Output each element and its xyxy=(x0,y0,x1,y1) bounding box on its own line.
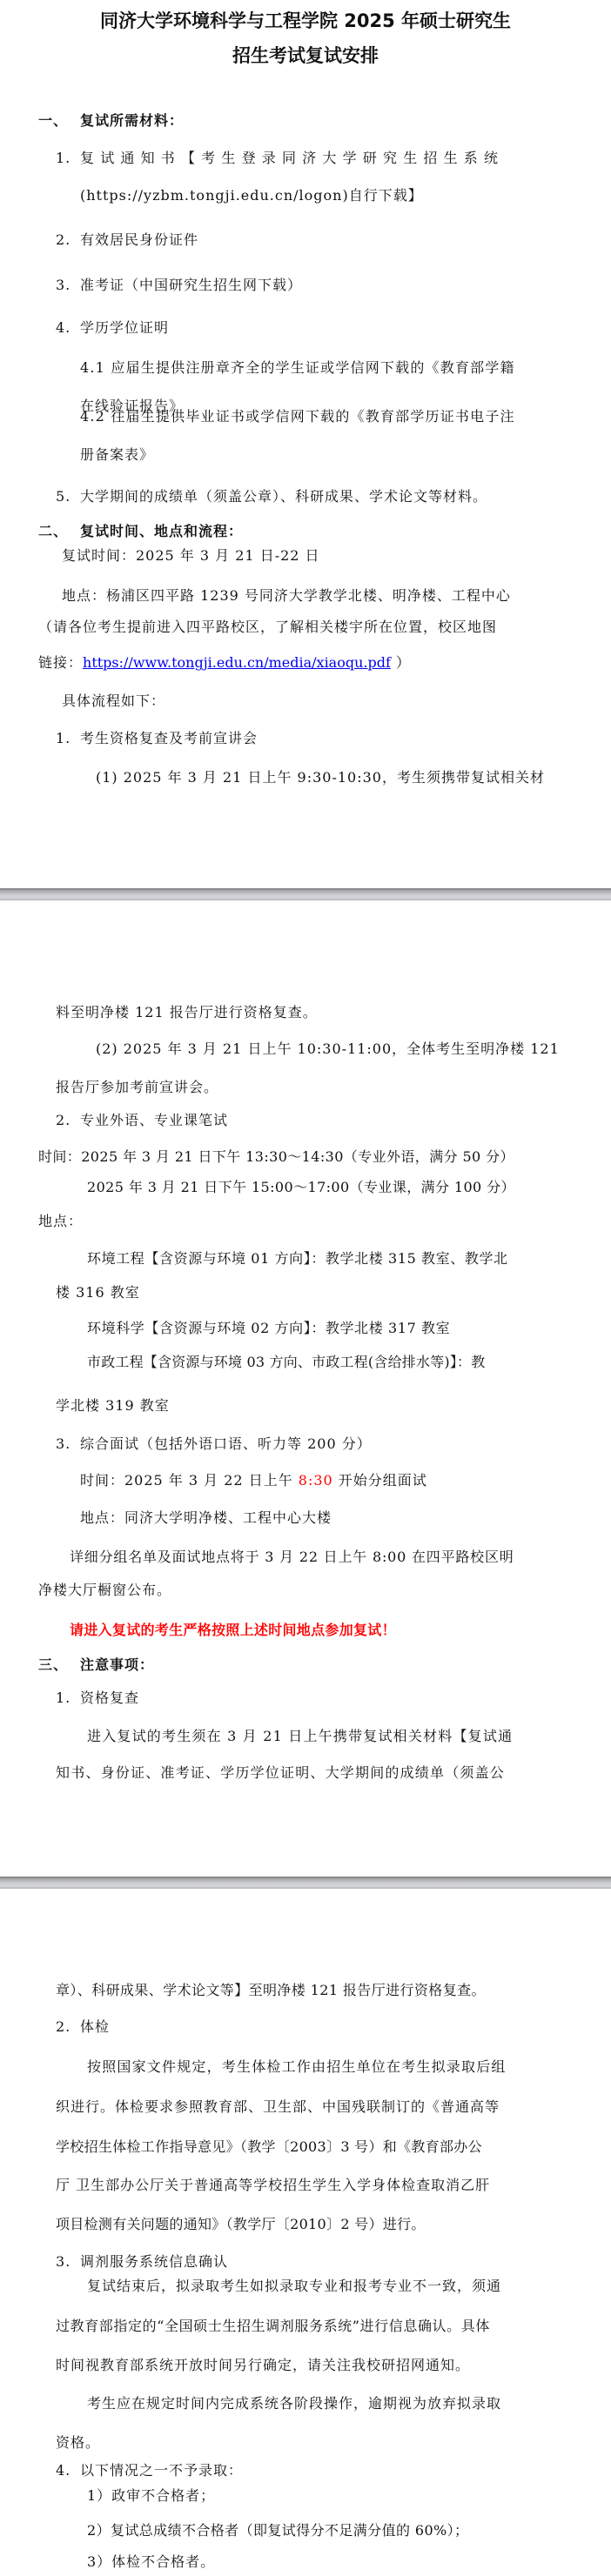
material-item-4-2-main: 4.2 往届生提供毕业证书或学信网下载的《教育部学历证书电子注 xyxy=(80,407,515,426)
material-item-1-cont: (https://yzbm.tongji.edu.cn/logon)自行下载】 xyxy=(80,186,423,205)
notice-1-para-cont: 知书、身份证、准考证、学历学位证明、大学期间的成绩单（须盖公 xyxy=(56,1763,505,1783)
material-item-3-text: 准考证（中国研究生招生网下载） xyxy=(80,277,302,293)
list-number: 1. xyxy=(56,1689,80,1708)
list-number: 2. xyxy=(56,1111,80,1130)
section2-heading-text: 复试时间、地点和流程： xyxy=(80,523,243,539)
section3-heading: 三、注意事项： xyxy=(38,1656,154,1675)
page-break-2 xyxy=(0,1877,611,1889)
flow-step-2-text: 专业外语、专业课笔试 xyxy=(80,1112,228,1128)
list-number: 3. xyxy=(56,276,80,295)
interview-time-prefix: 时间：2025 年 3 月 22 日上午 xyxy=(80,1472,299,1489)
document-page-2: 料至明净楼 121 报告厅进行资格复查。 (2) 2025 年 3 月 21 日… xyxy=(0,900,611,1877)
notice-2: 2.体检 xyxy=(56,2017,110,2037)
material-item-1-text: 复试通知书【考生登录同济大学研究生招生系统 xyxy=(80,150,504,166)
notice-2-para-2: 织进行。体检要求参照教育部、卫生部、中国残联制订的《普通高等 xyxy=(56,2098,500,2117)
flow-step-1-b-cont: 报告厅参加考前宣讲会。 xyxy=(56,1078,218,1097)
interview-detail: 详细分组名单及面试地点将于 3 月 22 日上午 8:00 在四平路校区明 xyxy=(70,1548,514,1567)
list-number: 1. xyxy=(56,149,80,168)
section1-heading-number: 一、 xyxy=(38,111,80,130)
map-link-suffix: ） xyxy=(396,654,411,671)
material-item-4-1: 4.1 应届生提供注册章齐全的学生证或学信网下载的《教育部学籍 xyxy=(80,358,515,378)
page-break-1 xyxy=(0,888,611,900)
notice-1-title: 资格复查 xyxy=(80,1689,139,1706)
interview-detail-cont: 净楼大厅橱窗公布。 xyxy=(38,1581,171,1600)
section1-heading-text: 复试所需材料： xyxy=(80,112,184,129)
flow-intro: 具体流程如下： xyxy=(62,692,165,711)
campus-map-line: 链接：https://www.tongji.edu.cn/media/xiaoq… xyxy=(38,653,411,672)
attendance-warning: 请进入复试的考生严格按照上述时间地点参加复试！ xyxy=(70,1621,396,1640)
notice-3-para1-1: 复试结束后，拟录取考生如拟录取专业和报考专业不一致，须通 xyxy=(87,2277,501,2296)
exam-room-env-eng-cont: 楼 316 教室 xyxy=(56,1283,140,1302)
material-item-5: 5.大学期间的成绩单（须盖公章）、科研成果、学术论文等材料。 xyxy=(56,487,487,506)
notice-2-para-4: 厅 卫生部办公厅关于普通高等学校招生学生入学身体检查取消乙肝 xyxy=(56,2176,490,2195)
list-number: 3. xyxy=(56,1435,80,1454)
notice-1: 1.资格复查 xyxy=(56,1689,139,1708)
written-exam-time-1: 时间：2025 年 3 月 21 日下午 13:30～14:30（专业外语，满分… xyxy=(38,1147,514,1167)
list-number: 1. xyxy=(56,729,80,748)
material-item-3: 3.准考证（中国研究生招生网下载） xyxy=(56,276,302,295)
list-number: 2. xyxy=(56,231,80,250)
flow-step-1: 1.考生资格复查及考前宣讲会 xyxy=(56,729,258,748)
retest-location: 地点：杨浦区四平路 1239 号同济大学教学北楼、明净楼、工程中心 xyxy=(62,586,511,606)
material-item-4: 4.学历学位证明 xyxy=(56,318,169,338)
map-link-label: 链接： xyxy=(38,654,83,671)
list-number: 4. xyxy=(56,2461,80,2480)
material-item-2: 2.有效居民身份证件 xyxy=(56,231,198,250)
notice-3-para2-2: 资格。 xyxy=(56,2433,100,2452)
exam-room-muni-eng-cont: 学北楼 319 教室 xyxy=(56,1396,170,1415)
list-number: 2. xyxy=(56,2017,80,2037)
retest-time: 复试时间：2025 年 3 月 21 日-22 日 xyxy=(62,546,320,565)
section3-heading-text: 注意事项： xyxy=(80,1656,154,1673)
interview-time: 时间：2025 年 3 月 22 日上午 8:30 开始分组面试 xyxy=(80,1471,427,1490)
exam-room-env-eng: 环境工程【含资源与环境 01 方向】：教学北楼 315 教室、教学北 xyxy=(87,1249,508,1268)
material-item-2-text: 有效居民身份证件 xyxy=(80,231,198,248)
document-title-line1: 同济大学环境科学与工程学院 2025 年硕士研究生 xyxy=(0,7,611,33)
document-page-1: 同济大学环境科学与工程学院 2025 年硕士研究生 招生考试复试安排 一、复试所… xyxy=(0,0,611,888)
section1-heading: 一、复试所需材料： xyxy=(38,111,184,130)
notice-3-para2-1: 考生应在规定时间内完成系统各阶段操作，逾期视为放弃拟录取 xyxy=(87,2394,501,2413)
flow-step-3-text: 综合面试（包括外语口语、听力等 200 分） xyxy=(80,1435,372,1452)
notice-4: 4.以下情况之一不予录取： xyxy=(56,2461,243,2480)
notice-2-title: 体检 xyxy=(80,2018,110,2035)
flow-step-1-b: (2) 2025 年 3 月 21 日上午 10:30-11:00，全体考生至明… xyxy=(96,1040,560,1059)
list-number: 5. xyxy=(56,487,80,506)
written-exam-location-label: 地点： xyxy=(38,1212,83,1231)
notice-2-para-3: 学校招生体检工作指导意见》（教学〔2003〕3 号）和《教育部办公 xyxy=(56,2138,482,2157)
flow-step-1-a-cont: 料至明净楼 121 报告厅进行资格复查。 xyxy=(56,1003,318,1022)
document-title-line2: 招生考试复试安排 xyxy=(0,42,611,68)
list-number: 3. xyxy=(56,2252,80,2272)
document-page-3: 章）、科研成果、学术论文等】至明净楼 121 报告厅进行资格复查。 2.体检 按… xyxy=(0,1889,611,2576)
exclusion-item-1: 1）政审不合格者； xyxy=(87,2486,215,2506)
campus-map-link[interactable]: https://www.tongji.edu.cn/media/xiaoqu.p… xyxy=(83,654,391,671)
flow-step-2: 2.专业外语、专业课笔试 xyxy=(56,1111,228,1130)
section2-heading-number: 二、 xyxy=(38,522,80,541)
list-number: 4. xyxy=(56,318,80,338)
interview-time-suffix: 开始分组面试 xyxy=(333,1472,427,1489)
notice-3: 3.调剂服务系统信息确认 xyxy=(56,2252,228,2272)
section3-heading-number: 三、 xyxy=(38,1656,80,1675)
material-item-1: 1.复试通知书【考生登录同济大学研究生招生系统 xyxy=(56,149,533,168)
notice-3-para1-2: 过教育部指定的“全国硕士生招生调剂服务系统”进行信息确认。具体 xyxy=(56,2317,490,2336)
section2-heading: 二、复试时间、地点和流程： xyxy=(38,522,243,541)
notice-2-para-1: 按照国家文件规定，考生体检工作由招生单位在考生拟录取后组 xyxy=(87,2057,507,2077)
material-item-4-2-cont: 册备案表》 xyxy=(80,445,154,465)
notice-2-para-5: 项目检测有关问题的通知》（教学厅〔2010〕2 号）进行。 xyxy=(56,2215,426,2234)
flow-step-1-a: (1) 2025 年 3 月 21 日上午 9:30-10:30，考生须携带复试… xyxy=(96,768,545,787)
notice-3-para1-3: 时间视教育部系统开放时间另行确定，请关注我校研招网通知。 xyxy=(56,2356,470,2375)
exam-room-env-sci: 环境科学【含资源与环境 02 方向】：教学北楼 317 教室 xyxy=(87,1319,450,1338)
interview-location: 地点：同济大学明净楼、工程中心大楼 xyxy=(80,1509,332,1528)
notice-3-title: 调剂服务系统信息确认 xyxy=(80,2253,228,2270)
exclusion-item-3: 3）体检不合格者。 xyxy=(87,2553,215,2572)
flow-step-1-text: 考生资格复查及考前宣讲会 xyxy=(80,730,258,746)
interview-start-time: 8:30 xyxy=(299,1472,333,1489)
notice-4-title: 以下情况之一不予录取： xyxy=(80,2462,243,2479)
material-item-4-text: 学历学位证明 xyxy=(80,319,169,336)
written-exam-time-2: 2025 年 3 月 21 日下午 15:00～17:00（专业课，满分 100… xyxy=(87,1178,515,1197)
notice-1-para: 进入复试的考生须在 3 月 21 日上午携带复试相关材料【复试通 xyxy=(87,1727,513,1746)
flow-step-3: 3.综合面试（包括外语口语、听力等 200 分） xyxy=(56,1435,372,1454)
notice-1-para-end: 章）、科研成果、学术论文等】至明净楼 121 报告厅进行资格复查。 xyxy=(56,1981,486,2000)
exam-room-muni-eng: 市政工程【含资源与环境 03 方向、市政工程(含给排水等)】：教 xyxy=(87,1353,485,1372)
material-item-5-text: 大学期间的成绩单（须盖公章）、科研成果、学术论文等材料。 xyxy=(80,488,487,505)
campus-note: （请各位考生提前进入四平路校区，了解相关楼宇所在位置，校区地图 xyxy=(38,618,497,637)
exclusion-item-2: 2）复试总成绩不合格者（即复试得分不足满分值的 60%）； xyxy=(87,2521,468,2540)
